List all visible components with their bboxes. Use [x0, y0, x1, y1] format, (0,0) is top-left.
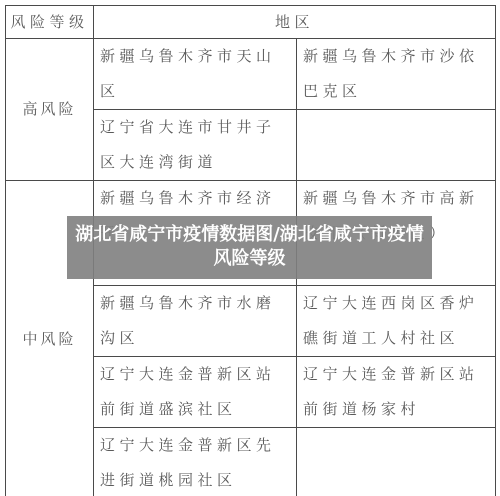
- risk-level-high: 高风险: [6, 39, 94, 181]
- table-row: 高风险 新疆乌鲁木齐市天山区 新疆乌鲁木齐市沙依巴克区: [6, 39, 496, 110]
- table-header-row: 风险等级 地区: [6, 6, 496, 39]
- caption-overlay: 湖北省咸宁市疫情数据图/湖北省咸宁市疫情风险等级: [67, 216, 432, 279]
- region-cell: [297, 110, 496, 181]
- header-region: 地区: [94, 6, 496, 39]
- region-cell: 新疆乌鲁木齐市天山区: [94, 39, 297, 110]
- region-cell: 辽宁大连金普新区先进街道桃园社区: [94, 428, 297, 496]
- region-cell: 辽宁省大连市甘井子区大连湾街道: [94, 110, 297, 181]
- region-cell: 新疆乌鲁木齐市水磨沟区: [94, 286, 297, 357]
- region-cell: 辽宁大连金普新区站前街道杨家村: [297, 357, 496, 428]
- region-cell: 辽宁大连金普新区站前街道盛滨社区: [94, 357, 297, 428]
- region-cell: 辽宁大连西岗区香炉礁街道工人村社区: [297, 286, 496, 357]
- region-cell: 新疆乌鲁木齐市沙依巴克区: [297, 39, 496, 110]
- region-cell: [297, 428, 496, 496]
- header-risk-level: 风险等级: [6, 6, 94, 39]
